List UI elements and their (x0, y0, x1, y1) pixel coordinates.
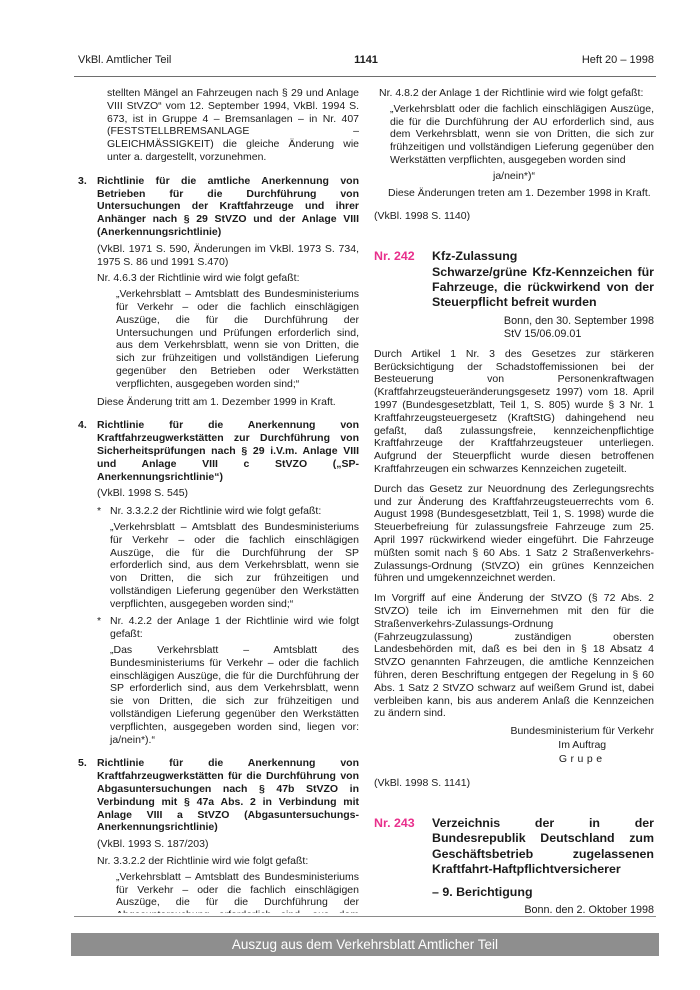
footer-banner-text: Auszug aus dem Verkehrsblatt Amtlicher T… (232, 937, 498, 952)
body-paragraph: Durch das Gesetz zur Neuordnung des Zerl… (374, 483, 654, 585)
item-body: Richtlinie für die Anerkennung von Kraft… (97, 757, 359, 913)
notice-title: Verzeichnis der in der Bundesrepublik De… (432, 816, 654, 878)
footer-rule (74, 916, 656, 917)
body-paragraph: Durch Artikel 1 Nr. 3 des Gesetzes zur s… (374, 348, 654, 476)
source-reference: (VkBl. 1998 S. 1140) (374, 210, 654, 223)
section-intro: Nr. 4.2.2 der Anlage 1 der Richtlinie wi… (110, 615, 359, 641)
two-column-body: stellten Mängel an Fahrzeugen nach § 29 … (78, 87, 654, 913)
notice-242: Nr. 242 Kfz-Zulassung Schwarze/grüne Kfz… (374, 249, 654, 790)
section-intro: Nr. 3.3.2.2 der Richtlinie wird wie folg… (97, 855, 359, 868)
list-item-4: 4. Richtlinie für die Anerkennung von Kr… (78, 419, 359, 746)
item-reference: (VkBl. 1998 S. 545) (97, 487, 359, 500)
place-date: Bonn, den 30. September 1998 (504, 315, 654, 328)
quote-paragraph: „Verkehrsblatt – Amtsblatt des Bundesmin… (97, 521, 359, 611)
file-number: StV 15/06.09.01 (504, 328, 654, 341)
item-number: 5. (78, 757, 97, 913)
running-header: VkBl. Amtlicher Teil 1141 Heft 20 – 1998 (78, 54, 654, 67)
issue-label: Heft 20 – 1998 (462, 54, 654, 67)
star-section: * Nr. 4.2.2 der Anlage 1 der Richtlinie … (97, 615, 359, 641)
notice-title-block: Verzeichnis der in der Bundesrepublik De… (432, 816, 654, 913)
asterisk-marker: * (97, 615, 110, 641)
item-number: 3. (78, 175, 97, 409)
section-intro: Nr. 4.6.3 der Richtlinie wird wie folgt … (97, 272, 359, 285)
continuation-paragraph: stellten Mängel an Fahrzeugen nach § 29 … (78, 87, 359, 164)
notice-title: Kfz-Zulassung (432, 249, 654, 264)
notice-header: Nr. 242 Kfz-Zulassung Schwarze/grüne Kfz… (374, 249, 654, 341)
list-item-3: 3. Richtlinie für die amtliche Anerkennu… (78, 175, 359, 409)
notice-title-block: Kfz-Zulassung Schwarze/grüne Kfz-Kennzei… (432, 249, 654, 341)
source-reference: (VkBl. 1998 S. 1141) (374, 777, 654, 790)
notice-subtitle: Schwarze/grüne Kfz-Kennzeichen für Fahrz… (432, 265, 654, 311)
quote-paragraph: „Das Verkehrsblatt – Amtsblatt des Bunde… (97, 644, 359, 746)
quote-paragraph: „Verkehrsblatt – Amtsblatt des Bundesmin… (97, 871, 359, 913)
place-date: Bonn, den 2. Oktober 1998 (524, 904, 654, 913)
header-rule (74, 76, 656, 77)
journal-title: VkBl. Amtlicher Teil (78, 54, 270, 67)
gazette-page: VkBl. Amtlicher Teil 1141 Heft 20 – 1998… (0, 0, 700, 990)
page-number: 1141 (270, 54, 462, 67)
effective-date-note: Diese Änderungen treten am 1. Dezember 1… (374, 187, 654, 200)
item-heading: Richtlinie für die Anerkennung von Kraft… (97, 757, 359, 834)
notice-243: Nr. 243 Verzeichnis der in der Bundesrep… (374, 816, 654, 913)
left-column: stellten Mängel an Fahrzeugen nach § 29 … (78, 87, 359, 913)
notice-header: Nr. 243 Verzeichnis der in der Bundesrep… (374, 816, 654, 913)
star-section: * Nr. 3.3.2.2 der Richtlinie wird wie fo… (97, 505, 359, 518)
signature-role: Im Auftrag (510, 738, 654, 752)
item-reference: (VkBl. 1993 S. 187/203) (97, 838, 359, 851)
notice-number-label: Nr. 242 (374, 249, 432, 341)
right-column: Nr. 4.8.2 der Anlage 1 der Richtlinie wi… (374, 87, 654, 913)
item-number: 4. (78, 419, 97, 746)
section-intro: Nr. 4.8.2 der Anlage 1 der Richtlinie wi… (374, 87, 654, 100)
notice-number-label: Nr. 243 (374, 816, 432, 913)
item-heading: Richtlinie für die Anerkennung von Kraft… (97, 419, 359, 483)
asterisk-marker: * (97, 505, 110, 518)
section-intro: Nr. 3.3.2.2 der Richtlinie wird wie folg… (110, 505, 359, 518)
signature-name: Grupe (510, 752, 654, 766)
effective-date-note: Diese Änderung tritt am 1. Dezember 1999… (97, 396, 359, 409)
quote-paragraph: „Verkehrsblatt oder die fachlich einschl… (374, 103, 654, 167)
signature-organization: Bundesministerium für Verkehr (510, 724, 654, 738)
footer-banner: Auszug aus dem Verkehrsblatt Amtlicher T… (71, 933, 659, 956)
quote-paragraph: „Verkehrsblatt – Amtsblatt des Bundesmin… (97, 288, 359, 390)
ja-nein-answer: ja/nein*)“ (374, 170, 654, 183)
item-reference: (VkBl. 1971 S. 590, Änderungen im VkBl. … (97, 243, 359, 269)
body-paragraph: Im Vorgriff auf eine Änderung der StVZO … (374, 592, 654, 720)
notice-subtitle: – 9. Berichtigung (432, 885, 654, 900)
date-block: Bonn, den 2. Oktober 1998 StV 15/36.78.5… (524, 904, 654, 913)
date-block: Bonn, den 30. September 1998 StV 15/06.0… (504, 315, 654, 341)
signature-block: Bundesministerium für Verkehr Im Auftrag… (510, 724, 654, 766)
item-body: Richtlinie für die amtliche Anerkennung … (97, 175, 359, 409)
item-heading: Richtlinie für die amtliche Anerkennung … (97, 175, 359, 239)
list-item-5: 5. Richtlinie für die Anerkennung von Kr… (78, 757, 359, 913)
item-body: Richtlinie für die Anerkennung von Kraft… (97, 419, 359, 746)
